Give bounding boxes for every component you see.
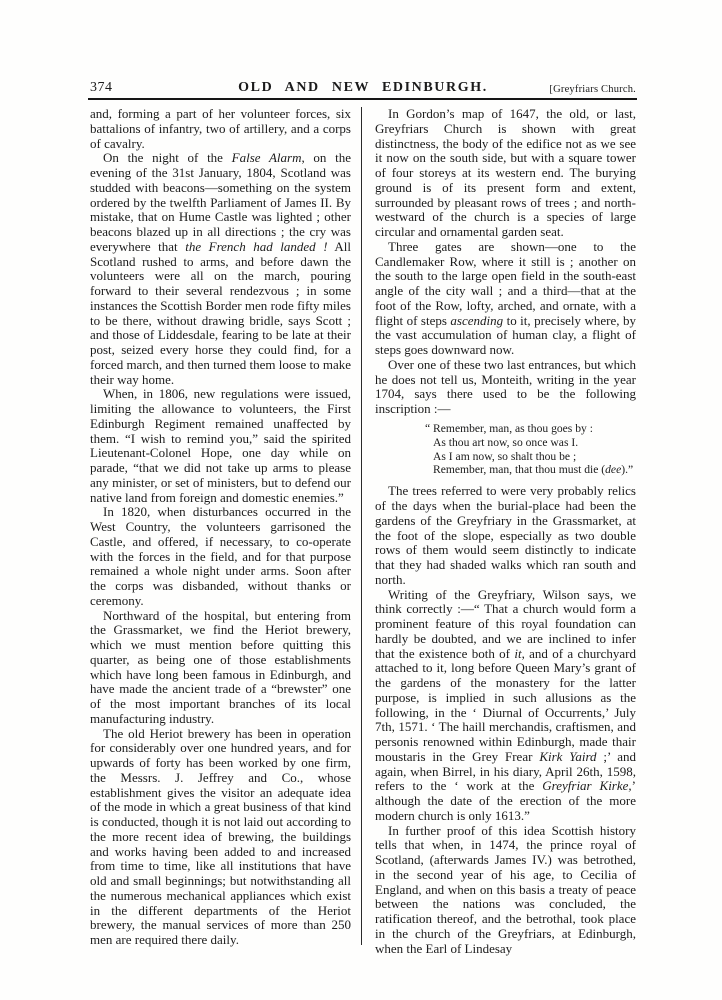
paragraph: On the night of the False Alarm, on the …	[90, 151, 351, 387]
text-segment: Over one of these two last entrances, bu…	[375, 357, 636, 416]
italic-text: dee	[605, 463, 621, 476]
paragraph: In Gordon’s map of 1647, the old, or las…	[375, 107, 636, 240]
paragraph: In further proof of this idea Scottish h…	[375, 824, 636, 957]
column-divider-rule	[361, 107, 362, 945]
text-segment: As I am now, so shalt thou be ;	[433, 450, 576, 463]
text-columns: and, forming a part of her volunteer for…	[90, 107, 636, 956]
verse-line: As I am now, so shalt thou be ;	[425, 450, 636, 464]
text-segment: In 1820, when disturbances occurred in t…	[90, 504, 351, 608]
text-segment: As thou art now, so once was I.	[433, 436, 578, 449]
text-segment: In further proof of this idea Scottish h…	[375, 823, 636, 956]
running-header-right: [Greyfriars Church.	[549, 84, 636, 95]
italic-text: it	[514, 646, 521, 661]
text-segment: In Gordon’s map of 1647, the old, or las…	[375, 106, 636, 239]
italic-text: False Alarm	[232, 150, 302, 165]
paragraph: Three gates are shown—one to the Candlem…	[375, 240, 636, 358]
running-header: 374 OLD AND NEW EDINBURGH. [Greyfriars C…	[90, 78, 636, 96]
italic-text: ascending	[450, 313, 503, 328]
paragraph: Northward of the hospital, but entering …	[90, 609, 351, 727]
text-segment: Remember, man, that thou must die (	[433, 463, 605, 476]
verse-inscription: “ Remember, man, as thou goes by :As tho…	[425, 422, 636, 478]
verse-line: Remember, man, that thou must die (dee).…	[425, 463, 636, 477]
text-segment: The old Heriot brewery has been in opera…	[90, 726, 351, 948]
paragraph: Over one of these two last entrances, bu…	[375, 358, 636, 417]
paragraph: Writing of the Greyfriary, Wilson says, …	[375, 588, 636, 824]
text-segment: “ Remember, man, as thou goes by :	[425, 422, 593, 435]
paragraph: The trees referred to were very probably…	[375, 484, 636, 587]
left-column: and, forming a part of her volunteer for…	[90, 107, 351, 956]
text-segment: The trees referred to were very probably…	[375, 483, 636, 587]
text-segment: When, in 1806, new regulations were issu…	[90, 386, 351, 504]
text-segment: All Scotland rushed to arms, and before …	[90, 239, 351, 387]
text-segment: , and of a churchyard attached to it, lo…	[375, 646, 636, 764]
text-segment: ).”	[621, 463, 633, 476]
paragraph: and, forming a part of her volunteer for…	[90, 107, 351, 151]
verse-line: As thou art now, so once was I.	[425, 436, 636, 450]
header-rule	[88, 98, 637, 100]
text-segment: Northward of the hospital, but entering …	[90, 608, 351, 726]
verse-line: “ Remember, man, as thou goes by :	[425, 422, 636, 436]
book-page: 374 OLD AND NEW EDINBURGH. [Greyfriars C…	[0, 0, 722, 1000]
right-column: In Gordon’s map of 1647, the old, or las…	[375, 107, 636, 956]
italic-text: Kirk Yaird	[539, 749, 596, 764]
italic-text: the French had landed !	[185, 239, 327, 254]
italic-text: Greyfriar Kirke,	[542, 778, 631, 793]
paragraph: The old Heriot brewery has been in opera…	[90, 727, 351, 948]
text-segment: On the night of the	[103, 150, 232, 165]
paragraph: When, in 1806, new regulations were issu…	[90, 387, 351, 505]
text-segment: and, forming a part of her volunteer for…	[90, 106, 351, 151]
paragraph: In 1820, when disturbances occurred in t…	[90, 505, 351, 608]
